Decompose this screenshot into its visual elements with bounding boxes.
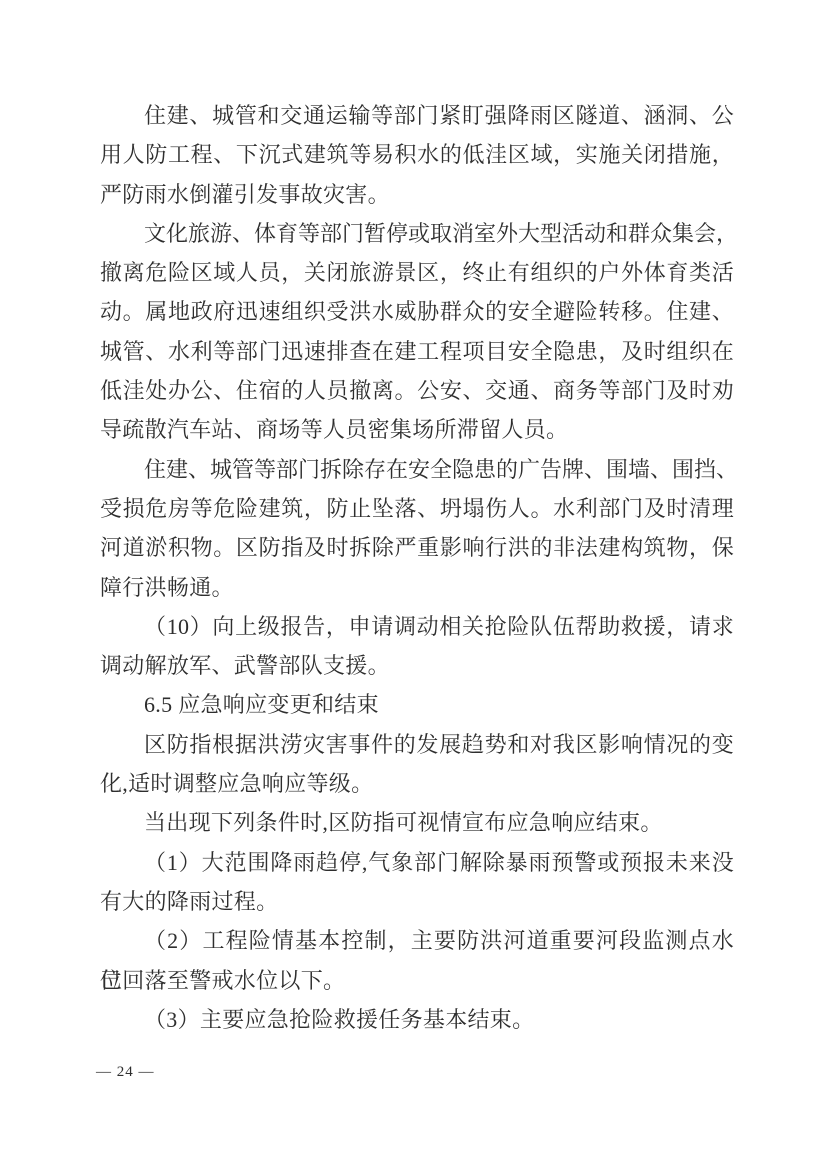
paragraph-4: （10）向上级报告，申请调动相关抢险队伍帮助救援，请求 调动解放军、武警部队支援… [100, 607, 734, 686]
paragraph-6: 当出现下列条件时,区防指可视情宣布应急响应结束。 [100, 803, 734, 842]
text-line: 已回落至警戒水位以下。 [100, 961, 734, 1000]
text-line: 住建、城管等部门拆除存在安全隐患的广告牌、围墙、围挡、 [100, 450, 734, 489]
section-heading-text: 6.5 应急响应变更和结束 [100, 685, 734, 724]
text-line: 动。属地政府迅速组织受洪水威胁群众的安全避险转移。住建、 [100, 292, 734, 331]
text-line: 撤离危险区域人员，关闭旅游景区，终止有组织的户外体育类活 [100, 253, 734, 292]
text-line: （2）工程险情基本控制，主要防洪河道重要河段监测点水位 [100, 921, 734, 960]
text-line: 河道淤积物。区防指及时拆除严重影响行洪的非法建构筑物，保 [100, 528, 734, 567]
text-line: 当出现下列条件时,区防指可视情宣布应急响应结束。 [100, 803, 734, 842]
document-page: 住建、城管和交通运输等部门紧盯强降雨区隧道、涵洞、公 用人防工程、下沉式建筑等易… [0, 0, 826, 1169]
text-line: 障行洪畅通。 [100, 568, 734, 607]
text-block: 住建、城管和交通运输等部门紧盯强降雨区隧道、涵洞、公 用人防工程、下沉式建筑等易… [100, 96, 734, 1039]
paragraph-8: （2）工程险情基本控制，主要防洪河道重要河段监测点水位 已回落至警戒水位以下。 [100, 921, 734, 1000]
paragraph-9: （3）主要应急抢险救援任务基本结束。 [100, 1000, 734, 1039]
page-number: — 24 — [96, 1062, 155, 1082]
text-line: 文化旅游、体育等部门暂停或取消室外大型活动和群众集会， [100, 214, 734, 253]
paragraph-3: 住建、城管等部门拆除存在安全隐患的广告牌、围墙、围挡、 受损危房等危险建筑，防止… [100, 450, 734, 607]
text-line: 化,适时调整应急响应等级。 [100, 764, 734, 803]
text-line: 受损危房等危险建筑，防止坠落、坍塌伤人。水利部门及时清理 [100, 489, 734, 528]
text-line: 低洼处办公、住宿的人员撤离。公安、交通、商务等部门及时劝 [100, 371, 734, 410]
text-line: （1）大范围降雨趋停,气象部门解除暴雨预警或预报未来没 [100, 843, 734, 882]
paragraph-1: 住建、城管和交通运输等部门紧盯强降雨区隧道、涵洞、公 用人防工程、下沉式建筑等易… [100, 96, 734, 214]
text-line: 严防雨水倒灌引发事故灾害。 [100, 175, 734, 214]
paragraph-5: 区防指根据洪涝灾害事件的发展趋势和对我区影响情况的变 化,适时调整应急响应等级。 [100, 725, 734, 804]
text-line: （10）向上级报告，申请调动相关抢险队伍帮助救援，请求 [100, 607, 734, 646]
paragraph-2: 文化旅游、体育等部门暂停或取消室外大型活动和群众集会， 撤离危险区域人员，关闭旅… [100, 214, 734, 450]
text-line: 调动解放军、武警部队支援。 [100, 646, 734, 685]
text-line: 住建、城管和交通运输等部门紧盯强降雨区隧道、涵洞、公 [100, 96, 734, 135]
paragraph-7: （1）大范围降雨趋停,气象部门解除暴雨预警或预报未来没 有大的降雨过程。 [100, 843, 734, 922]
text-line: （3）主要应急抢险救援任务基本结束。 [100, 1000, 734, 1039]
section-heading-6-5: 6.5 应急响应变更和结束 [100, 685, 734, 724]
text-line: 区防指根据洪涝灾害事件的发展趋势和对我区影响情况的变 [100, 725, 734, 764]
text-line: 导疏散汽车站、商场等人员密集场所滞留人员。 [100, 410, 734, 449]
text-line: 用人防工程、下沉式建筑等易积水的低洼区域，实施关闭措施， [100, 135, 734, 174]
text-line: 有大的降雨过程。 [100, 882, 734, 921]
text-line: 城管、水利等部门迅速排查在建工程项目安全隐患，及时组织在 [100, 332, 734, 371]
